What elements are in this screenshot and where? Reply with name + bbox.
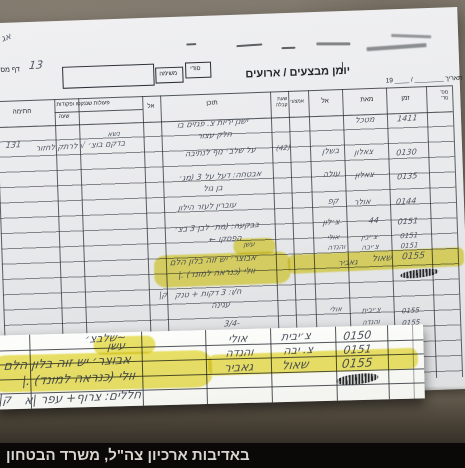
entry-action-num: 131 [5, 141, 21, 150]
page-number-label: דף מס' [0, 66, 20, 74]
inset-row-to: והנדה [225, 346, 254, 358]
smudge-mark [366, 43, 426, 51]
entry-content: בן גול [203, 184, 223, 193]
entry-from: צ׳יבין [361, 234, 378, 242]
smudge-mark [316, 42, 350, 45]
entry-time: 0130 [396, 148, 417, 157]
date-line: תאריך ________ / ____ 19 [386, 75, 463, 85]
entry-to: עולה [323, 170, 341, 179]
entry-note: נשא [107, 131, 120, 139]
col-header-serial: מס' סד' [432, 89, 448, 102]
col-header-to: אל [321, 98, 329, 105]
form-title: יומן מבצעים / ארועים [245, 65, 350, 81]
inset-row-from: שאול [281, 358, 309, 371]
col-header-hour: שעה [59, 114, 70, 120]
entry-time: 0151 [397, 217, 418, 226]
inset-mark: ק| [0, 393, 12, 406]
entry-to: והנדה [327, 244, 345, 252]
magnified-inset-strip: ~שלבצ׳ עשן אבוצר׳ יש זוה בלון הלם וולי (… [0, 324, 425, 409]
smudge-mark [186, 43, 196, 45]
inset-row-time: 0150 [343, 329, 372, 341]
entry-from: שאול [371, 254, 392, 264]
entry-from: מטכל [355, 116, 375, 125]
col-header-time: זמן [401, 95, 409, 102]
entry-to: אולי [327, 234, 340, 242]
entry-mark: ק| [159, 291, 168, 300]
entry-highlight-pre: עשן [243, 241, 255, 249]
entry-to: גאביר [338, 258, 358, 267]
inset-row-to: גאביר [223, 360, 254, 374]
secret-label: סודי [190, 66, 201, 72]
col-header-to2: אל [147, 104, 154, 110]
col-header-from: מאת [360, 96, 373, 103]
entry-to: קפ [327, 197, 338, 206]
entry-to: בשלן [322, 147, 340, 156]
entry-content: -3/4 [224, 320, 241, 329]
col-header-content: תוכן [206, 99, 218, 106]
entry-to: צ׳לון [322, 218, 340, 227]
credit-caption-bar: באדיבות ארכיון צה"ל, משרד הבטחון [0, 443, 465, 468]
photo-stage: אג׳ דף מס' 13 מתוך ____ משימה סודי יומן … [0, 0, 465, 468]
entry-from: צאלון [354, 148, 374, 157]
entry-from: צאלון [355, 171, 375, 180]
entry-note: (42) [276, 145, 291, 153]
entry-time: 0155 [401, 307, 420, 315]
inset-row-from: צ׳יבית [281, 330, 312, 343]
mission-box-empty [62, 64, 155, 89]
smudge-mark [391, 34, 431, 38]
inset-highlight-pre: עשן [107, 340, 126, 352]
entry-from: צ׳יבית [361, 307, 381, 315]
inset-row-to: אולי [228, 333, 248, 345]
page-number-value: 13 [28, 59, 43, 71]
col-header-recv: שעת קבלה [272, 97, 287, 109]
inset-row-from: צ. יבה [283, 344, 314, 357]
credit-text: באדיבות ארכיון צה"ל, משרד הבטחון [6, 447, 250, 464]
corner-scribble: אג׳ [0, 33, 13, 46]
smudge-mark [281, 47, 295, 49]
entry-time: 1411 [397, 114, 418, 123]
entry-from: 44 [368, 217, 379, 226]
secret-label-box: סודי [185, 62, 212, 79]
entry-from: אולר [354, 198, 371, 207]
entry-content: עגינה [211, 301, 230, 310]
entry-time: 0151 [400, 232, 419, 240]
entry-time: 0144 [396, 197, 417, 206]
actions-subheader-line [55, 109, 143, 113]
smudge-mark [236, 43, 262, 47]
entry-time: 0135 [397, 172, 418, 181]
mission-label: משימה [159, 71, 177, 78]
entry-to: אולי [329, 306, 342, 314]
col-header-actions: פעולות שננקטו ופקודות [56, 100, 110, 108]
col-header-means: אמצעי [290, 98, 304, 104]
entry-time: 0155 [401, 252, 425, 262]
inset-row-time: 0151 [343, 343, 372, 355]
col-header-signature: חתימה [12, 108, 31, 116]
inset-row-time: 0155 [341, 356, 373, 370]
title-divider: | [341, 61, 344, 72]
mission-label-box: משימה [155, 67, 184, 84]
